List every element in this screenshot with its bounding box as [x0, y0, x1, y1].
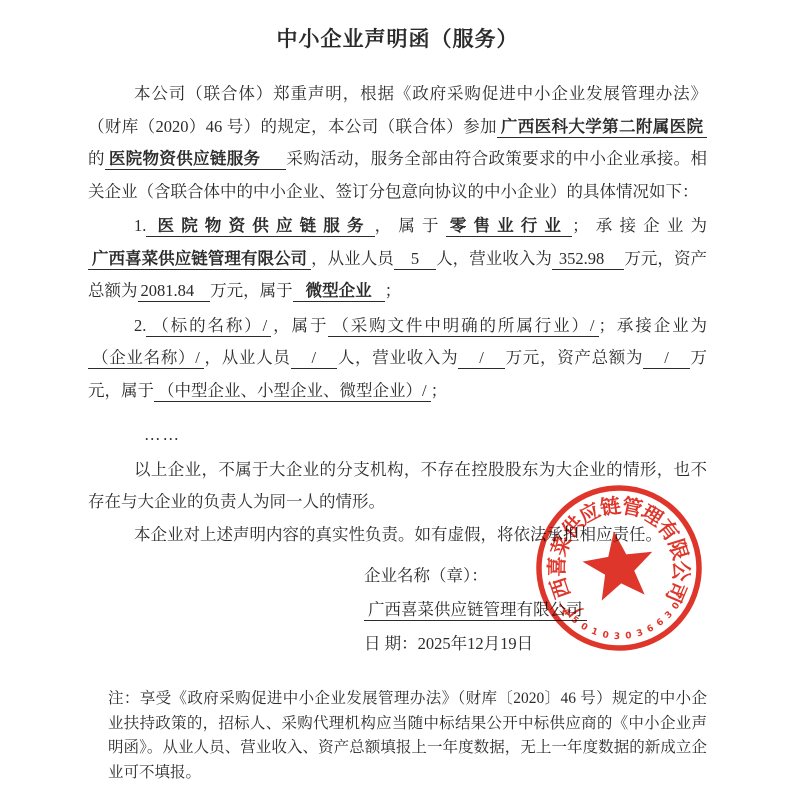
item-1-company-field: 广西喜菜供应链管理有限公司	[88, 249, 311, 270]
item-1-text-1: ，属于	[375, 216, 446, 235]
document-title: 中小企业声明函（服务）	[88, 24, 707, 54]
item-1-size-field: 微型企业	[293, 281, 385, 302]
signature-company-label: 企业名称（章）：	[364, 566, 488, 585]
ellipsis-paragraph: ……	[88, 419, 707, 452]
document-body: 中小企业声明函（服务） 本公司（联合体）郑重声明，根据《政府采购促进中小企业发展…	[0, 0, 793, 785]
item-1-text-7: ；	[385, 281, 402, 300]
item-2-number: 2.	[134, 316, 146, 335]
item-1-industry-field: 零售业行业	[446, 216, 572, 237]
item-1-text-6: 万元，属于	[210, 281, 293, 300]
item-2-text-2: ；承接企业为	[599, 316, 708, 335]
item-1-text-2: ；承接企业为	[572, 216, 707, 235]
declaration-text-2: 的	[88, 149, 105, 168]
item-2-subject-placeholder: （标的名称）/	[146, 316, 271, 337]
scanned-declaration-page: { "title": "中小企业声明函（服务）", "para_declare"…	[0, 0, 793, 796]
responsibility-paragraph: 本企业对上述声明内容的真实性负责。如有虚假，将依法承担相应责任。	[88, 519, 707, 552]
item-2-employees-placeholder: /	[291, 348, 338, 369]
item-2-assets-placeholder: /	[643, 348, 690, 369]
purchaser-name-field: 广西医科大学第二附属医院	[497, 117, 707, 138]
signature-date-label: 日 期：	[364, 634, 418, 653]
item-2-text-5: 万元，资产总额为	[505, 348, 643, 367]
item-2-text-3: ，从业人员	[204, 348, 291, 367]
item-1-revenue-field: 352.98	[552, 249, 624, 270]
signature-date-value: 2025年12月19日	[418, 634, 534, 653]
project-name-field: 医院物资供应链服务	[105, 149, 287, 170]
item-2-text-7: ；	[431, 381, 448, 400]
item-1-text-3: ，从业人员	[311, 249, 394, 268]
item-2-company-placeholder: （企业名称）/	[88, 348, 204, 369]
item-1-number: 1.	[134, 216, 146, 235]
note-paragraph: 注：享受《政府采购促进中小企业发展管理办法》（财库〔2020〕46 号）规定的中…	[108, 687, 707, 785]
item-1-text-4: 人，营业收入为	[436, 249, 552, 268]
item-2-text-4: 人，营业收入为	[337, 348, 458, 367]
declaration-paragraph: 本公司（联合体）郑重声明，根据《政府采购促进中小企业发展管理办法》 （财库（20…	[88, 78, 707, 208]
signature-date-line: 日 期：2025年12月19日	[364, 627, 707, 661]
signature-company-line: 企业名称（章）：广西喜菜供应链管理有限公司	[364, 559, 707, 627]
item-1-subject-field: 医院物资供应链服务	[146, 216, 374, 237]
item-1-assets-field: 2081.84	[138, 281, 211, 302]
signature-block: 企业名称（章）：广西喜菜供应链管理有限公司 日 期：2025年12月19日	[364, 559, 707, 661]
item-2-text-1: ，属于	[271, 316, 328, 335]
item-2-size-placeholder: （中型企业、小型企业、微型企业）/	[154, 381, 431, 402]
item-2-revenue-placeholder: /	[458, 348, 505, 369]
item-1-employees-field: 5	[394, 249, 436, 270]
item-1-paragraph: 1.医院物资供应链服务，属于零售业行业；承接企业为广西喜菜供应链管理有限公司，从…	[88, 210, 707, 308]
no-big-enterprise-paragraph: 以上企业，不属于大企业的分支机构，不存在控股股东为大企业的情形，也不存在与大企业…	[88, 454, 707, 519]
item-2-paragraph: 2.（标的名称）/，属于（采购文件中明确的所属行业）/；承接企业为（企业名称）/…	[88, 310, 707, 408]
item-2-industry-placeholder: （采购文件中明确的所属行业）/	[328, 316, 598, 337]
signature-company-value: 广西喜菜供应链管理有限公司	[364, 600, 587, 621]
